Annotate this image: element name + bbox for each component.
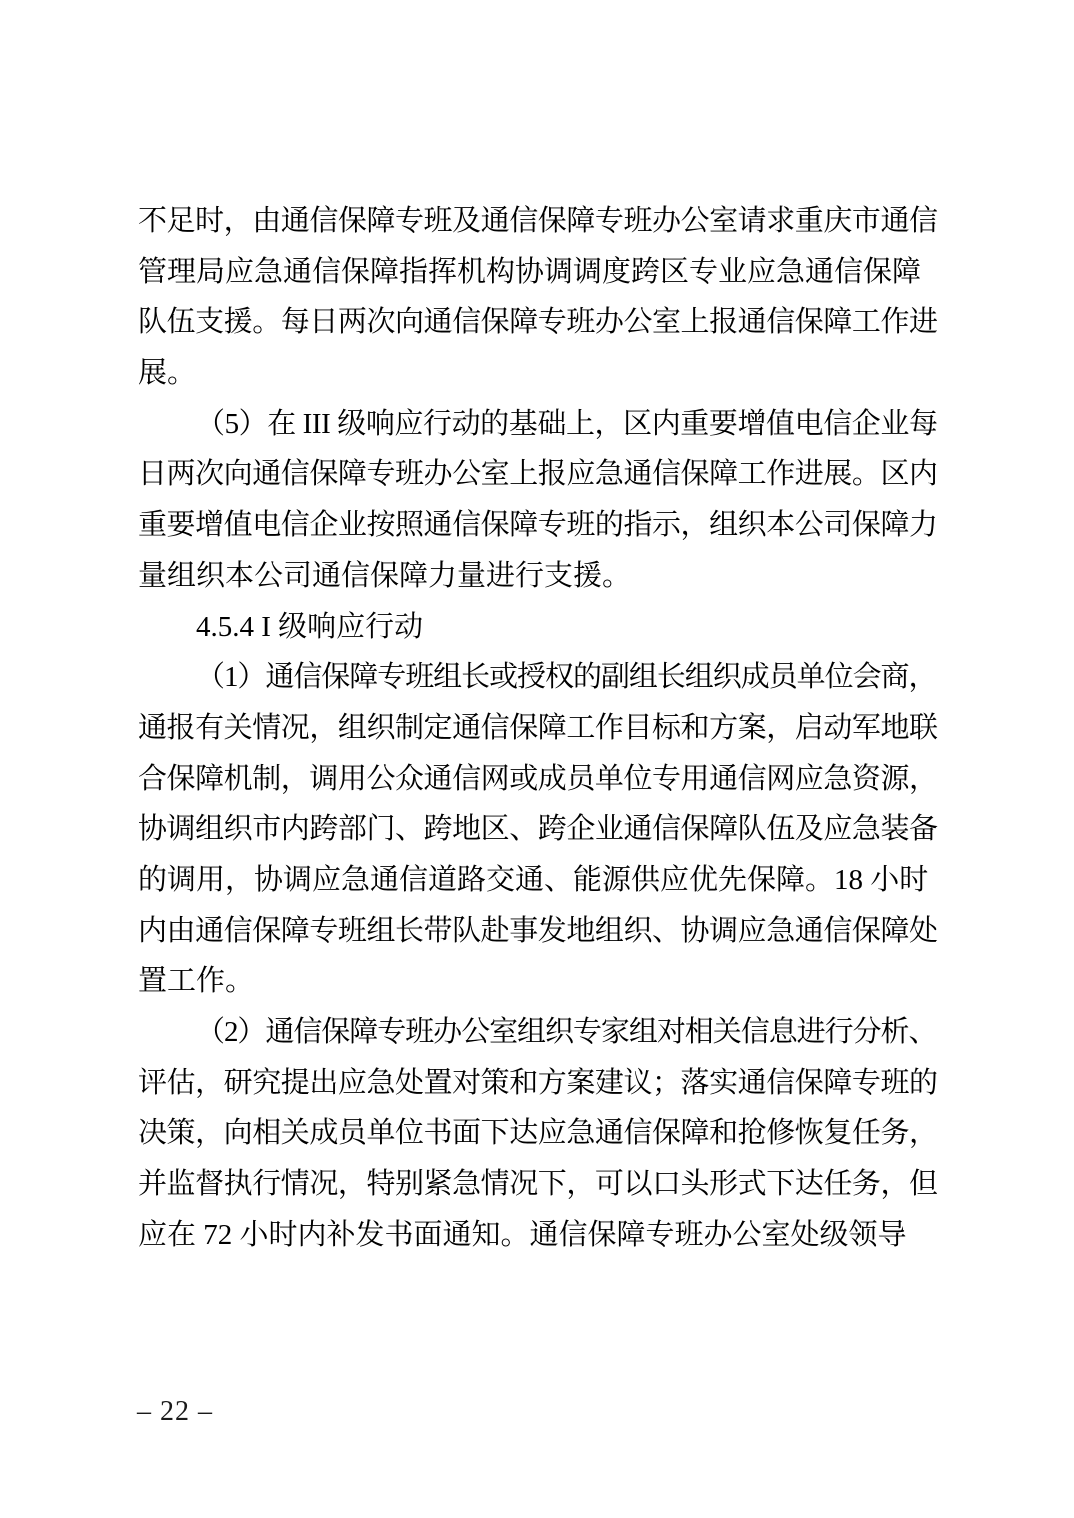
section-heading: 4.5.4 I 级响应行动 <box>138 602 938 653</box>
text-line: 的调用，协调应急通信道路交通、能源供应优先保障。18 小时 <box>138 855 938 906</box>
text-line: 合保障机制，调用公众通信网或成员单位专用通信网应急资源， <box>138 754 938 805</box>
text-line: 重要增值电信企业按照通信保障专班的指示，组织本公司保障力 <box>138 500 938 551</box>
text-line: 内由通信保障专班组长带队赴事发地组织、协调应急通信保障处 <box>138 906 938 957</box>
text-line: 并监督执行情况，特别紧急情况下，可以口头形式下达任务，但 <box>138 1159 938 1210</box>
text-line: 决策，向相关成员单位书面下达应急通信保障和抢修恢复任务， <box>138 1108 938 1159</box>
text-line: 通报有关情况，组织制定通信保障工作目标和方案，启动军地联 <box>138 703 938 754</box>
text-line: （5）在 III 级响应行动的基础上，区内重要增值电信企业每 <box>138 399 938 450</box>
text-line: 量组织本公司通信保障力量进行支援。 <box>138 551 938 602</box>
text-line: 管理局应急通信保障指挥机构协调调度跨区专业应急通信保障 <box>138 247 938 298</box>
text-line: 展。 <box>138 348 938 399</box>
text-line: 队伍支援。每日两次向通信保障专班办公室上报通信保障工作进 <box>138 297 938 348</box>
text-line: 协调组织市内跨部门、跨地区、跨企业通信保障队伍及应急装备 <box>138 804 938 855</box>
text-line: 评估，研究提出应急处置对策和方案建议；落实通信保障专班的 <box>138 1058 938 1109</box>
text-line: （1）通信保障专班组长或授权的副组长组织成员单位会商， <box>138 652 938 703</box>
text-line: 应在 72 小时内补发书面通知。通信保障专班办公室处级领导 <box>138 1210 938 1261</box>
text-line: （2）通信保障专班办公室组织专家组对相关信息进行分析、 <box>138 1007 938 1058</box>
page-number: – 22 – <box>137 1395 213 1429</box>
text-line: 不足时，由通信保障专班及通信保障专班办公室请求重庆市通信 <box>138 196 938 247</box>
text-line: 置工作。 <box>138 956 938 1007</box>
document-page: 不足时，由通信保障专班及通信保障专班办公室请求重庆市通信 管理局应急通信保障指挥… <box>0 0 1074 1518</box>
text-line: 日两次向通信保障专班办公室上报应急通信保障工作进展。区内 <box>138 449 938 500</box>
text-block: 不足时，由通信保障专班及通信保障专班办公室请求重庆市通信 管理局应急通信保障指挥… <box>138 196 938 1260</box>
